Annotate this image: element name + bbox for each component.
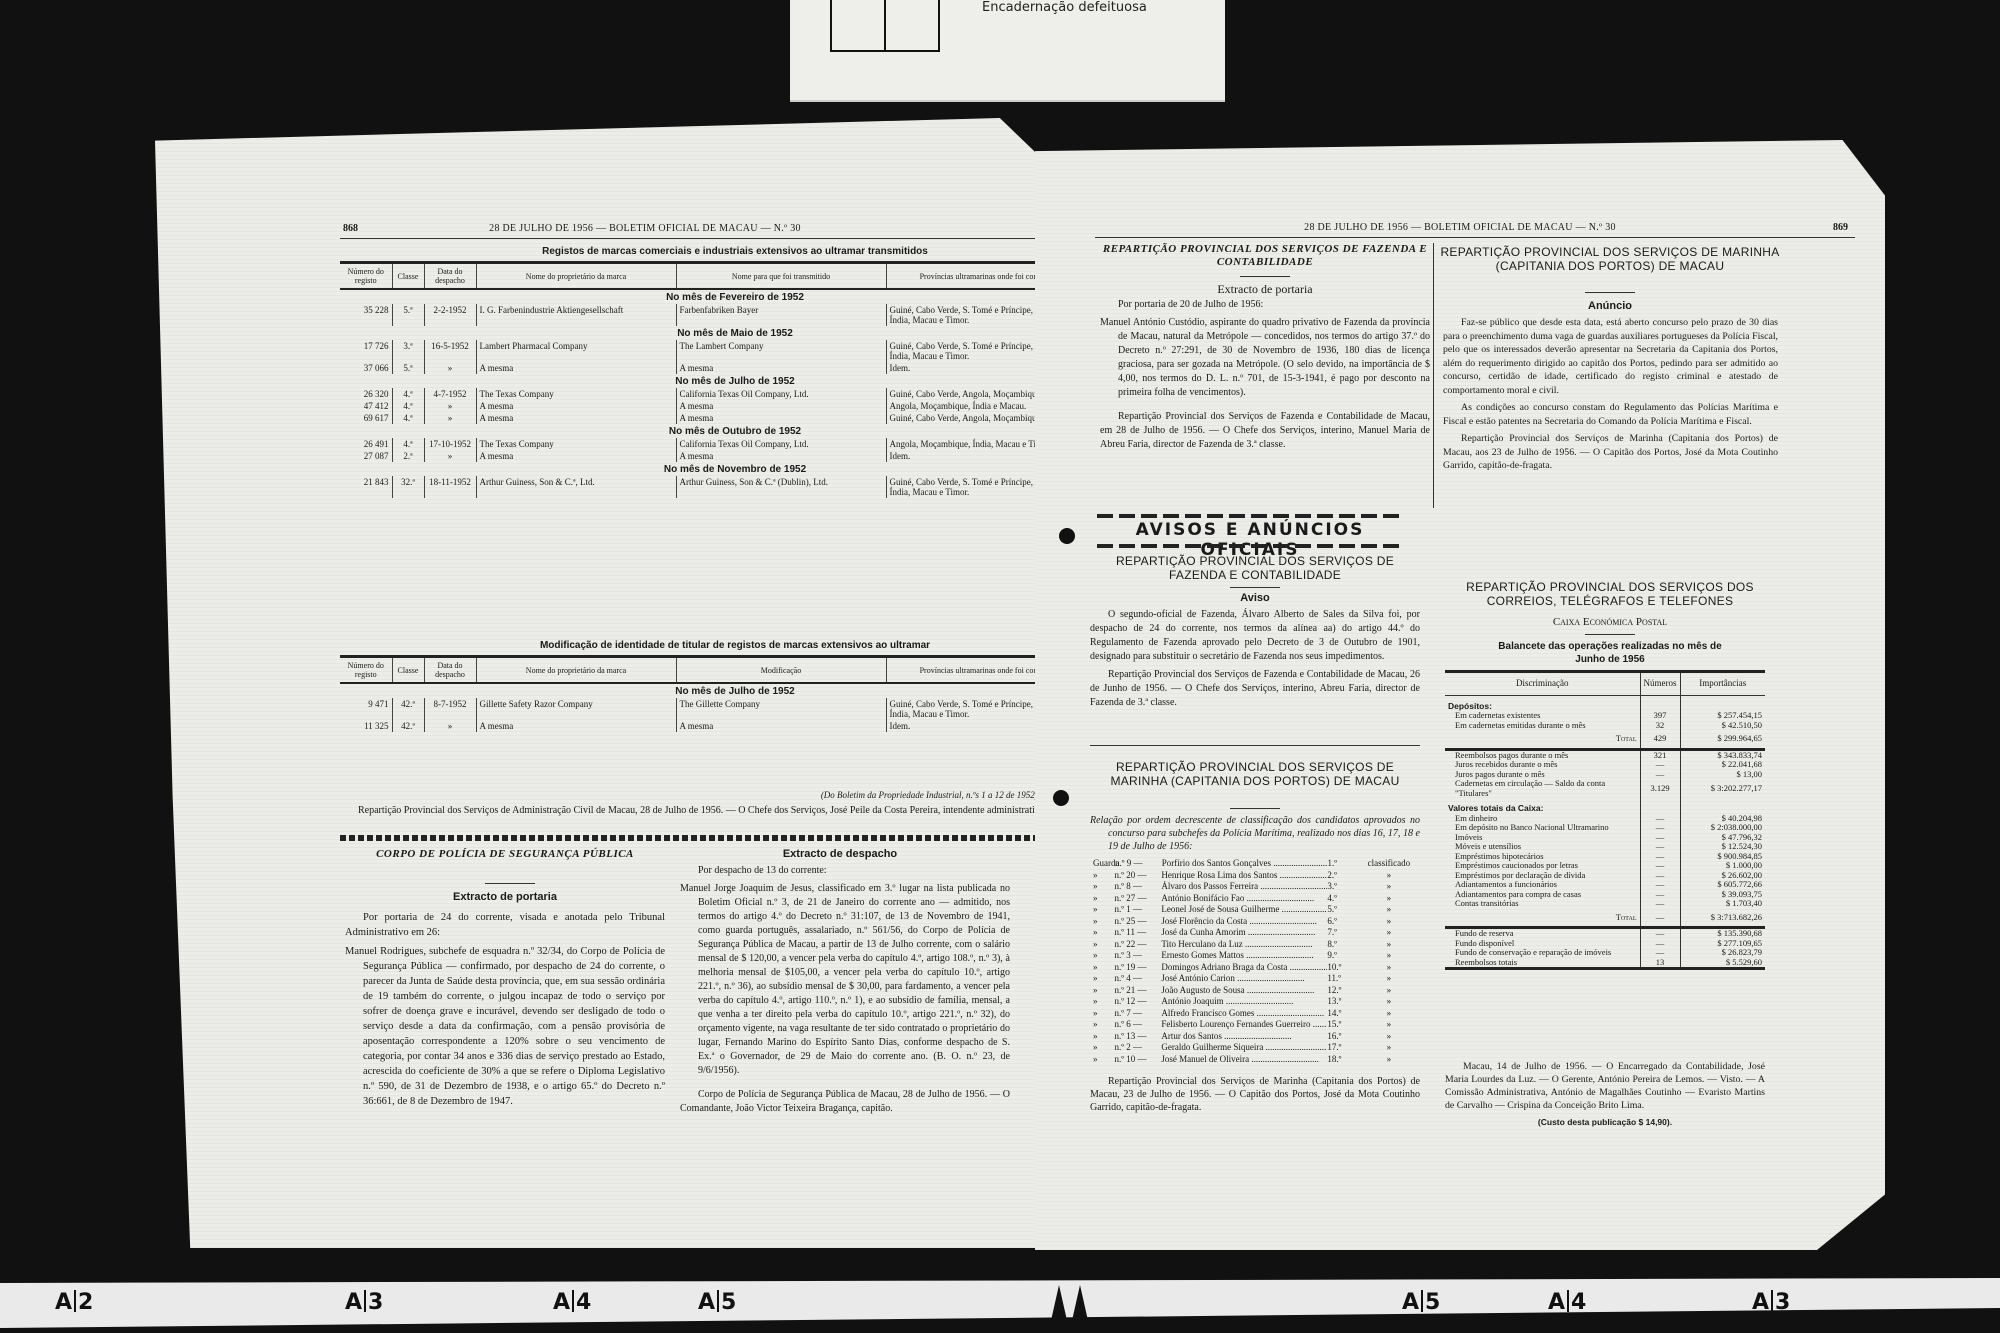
frame-bar [717, 1290, 719, 1312]
candidate-name: Geraldo Guilherme Siqueira .............… [1161, 1042, 1327, 1054]
status: » [1355, 881, 1423, 893]
candidate-name: José Manuel de Oliveira ................… [1161, 1054, 1327, 1066]
cell: Idem. [886, 450, 1035, 462]
candidate-name: José Florêncio da Costa ................… [1161, 916, 1327, 928]
list-item: »n.º 1 —Leonel José de Sousa Guilherme .… [1093, 904, 1423, 916]
guard-number: n.º 11 — [1114, 927, 1161, 939]
marinha-list-signoff-text: Repartição Provincial dos Serviços de Ma… [1090, 1075, 1420, 1114]
month-row: No mês de Fevereiro de 1952 [340, 289, 1035, 304]
guard-number: n.º 13 — [1114, 1031, 1161, 1043]
guard-number: n.º 12 — [1114, 996, 1161, 1008]
placement: 8.º [1327, 939, 1354, 951]
column-header: Número do registo [340, 658, 392, 683]
column-header: Data do despacho [424, 658, 476, 683]
column-header: Modificação [676, 658, 886, 683]
cell: » [424, 412, 476, 424]
anuncio-text: Faz-se público que desde esta data, está… [1443, 316, 1778, 477]
column-header: Nome do proprietário da marca [476, 264, 676, 289]
cell: 37 066 [340, 362, 392, 374]
cell: 5.ª [392, 304, 424, 326]
cell: 17 726 [340, 340, 392, 362]
guard-number: n.º 1 — [1114, 904, 1161, 916]
frame-letter: A [553, 1290, 570, 1315]
fazenda-body: Manuel António Custódio, aspirante do qu… [1100, 316, 1430, 400]
month-label: No mês de Julho de 1952 [340, 683, 1035, 698]
column-header: Classe [392, 658, 424, 683]
portaria-title: Extracto de portaria [345, 891, 665, 903]
frame-marker: A3 [345, 1290, 383, 1315]
row-amount: $ 3:202.277,17 [1680, 779, 1765, 798]
candidate-name: Ernesto Gomes Mattos ...................… [1161, 950, 1327, 962]
frame-letter: A [1548, 1290, 1565, 1315]
rank-mark: » [1093, 962, 1114, 974]
table-row: 47 4124.ª»A mesmaA mesmaAngola, Moçambiq… [340, 400, 1035, 412]
candidate-name: Leonel José de Sousa Guilherme .........… [1161, 904, 1327, 916]
damage-tag-card: Encadernação defeituosa [790, 0, 1225, 102]
caixa-subheading: Caixa Económica Postal [1440, 616, 1780, 628]
police-heading: CORPO DE POLÍCIA DE SEGURANÇA PÚBLICA [345, 848, 665, 861]
frame-letter: A [1402, 1290, 1419, 1315]
group-label: Depósitos: [1445, 695, 1640, 711]
column-header: Discriminação [1445, 672, 1640, 696]
row-number: 429 [1640, 730, 1680, 749]
table-row: 37 0665.ª»A mesmaA mesmaIdem. [340, 362, 1035, 374]
marinha-heading: REPARTIÇÃO PROVINCIAL DOS SERVIÇOS DE MA… [1090, 760, 1420, 788]
frame-marker: A5 [698, 1290, 736, 1315]
rank-mark: » [1093, 1019, 1114, 1031]
status: » [1355, 939, 1423, 951]
cell: 26 491 [340, 438, 392, 450]
table-row: 69 6174.ª»A mesmaA mesmaGuiné, Cabo Verd… [340, 412, 1035, 424]
page-number: 869 [1833, 222, 1848, 233]
rank-mark: » [1093, 870, 1114, 882]
marinha-list-signoff: Repartição Provincial dos Serviços de Ma… [1090, 1075, 1420, 1118]
fazenda-intro: Por portaria de 20 de Julho de 1956: [1100, 298, 1430, 312]
row-label: Cadernetas em circulação — Saldo da cont… [1445, 779, 1640, 798]
admin-section: (Do Boletim da Propriedade Industrial, n… [340, 788, 1035, 822]
list-item: »n.º 3 —Ernesto Gomes Mattos ...........… [1093, 950, 1423, 962]
rank-mark: » [1093, 985, 1114, 997]
cell: 42.ª [392, 698, 424, 720]
cell: A mesma [476, 720, 676, 732]
row-label: Total [1445, 909, 1640, 928]
placement: 11.º [1327, 973, 1354, 985]
status: » [1355, 1054, 1423, 1066]
guard-number: n.º 25 — [1114, 916, 1161, 928]
guard-number: n.º 6 — [1114, 1019, 1161, 1031]
frame-marker: A2 [55, 1290, 93, 1315]
table-row: Total—$ 3:713.682,26 [1445, 909, 1765, 928]
cell: The Lambert Company [676, 340, 886, 362]
placement: 10.º [1327, 962, 1354, 974]
candidate-name: Tito Herculano da Luz ..................… [1161, 939, 1327, 951]
balancete-title: Balancete das operações realizadas no mê… [1490, 640, 1730, 666]
running-head: 28 DE JULHO DE 1956 — BOLETIM OFICIAL DE… [455, 223, 835, 234]
table-row: 21 84332.ª18-11-1952Arthur Guiness, Son … [340, 476, 1035, 498]
month-row: No mês de Outubro de 1952 [340, 424, 1035, 438]
status: » [1355, 962, 1423, 974]
frame-number: 4 [1571, 1290, 1586, 1315]
frame-number: 5 [721, 1290, 736, 1315]
row-amount: $ 135.390,68 [1680, 928, 1765, 939]
placement: 3.º [1327, 881, 1354, 893]
candidate-name: Porfírio dos Santos Gonçalves ..........… [1162, 858, 1328, 870]
column-header: Províncias ultramarinas onde foi concedi… [886, 658, 1035, 683]
cell [1640, 798, 1680, 814]
status: classificado [1355, 858, 1423, 870]
month-label: No mês de Maio de 1952 [340, 326, 1035, 340]
candidate-name: António Bonifácio Fao ..................… [1161, 893, 1327, 905]
police-signoff: Corpo de Polícia de Segurança Pública de… [680, 1088, 1010, 1116]
left-page: 868 28 DE JULHO DE 1956 — BOLETIM OFICIA… [155, 118, 1035, 1248]
status: » [1355, 1031, 1423, 1043]
frame-number: 2 [78, 1290, 93, 1315]
rank-mark: » [1093, 1042, 1114, 1054]
cell [1680, 798, 1765, 814]
correios-heading: REPARTIÇÃO PROVINCIAL DOS SERVIÇOS DOS C… [1440, 580, 1780, 608]
cell: Guiné, Cabo Verde, S. Tomé e Príncipe, A… [886, 476, 1035, 498]
row-number: 13 [1640, 958, 1680, 969]
guard-number: n.º 22 — [1114, 939, 1161, 951]
table-row: 26 4914.ª17-10-1952The Texas CompanyCali… [340, 438, 1035, 450]
row-number: 3.129 [1640, 779, 1680, 798]
cell: 69 617 [340, 412, 392, 424]
placement: 6.º [1327, 916, 1354, 928]
cell: Guiné, Cabo Verde, Angola, Moçambique, Í… [886, 388, 1035, 400]
rank-mark: » [1093, 916, 1114, 928]
punch-hole [1059, 528, 1075, 544]
source-note: (Do Boletim da Propriedade Industrial, n… [340, 788, 1035, 803]
table-row: 35 2285.ª2-2-1952I. G. Farbenindustrie A… [340, 304, 1035, 326]
list-item: »n.º 6 —Felisberto Lourenço Fernandes Gu… [1093, 1019, 1423, 1031]
month-label: No mês de Novembro de 1952 [340, 462, 1035, 476]
short-rule [1230, 808, 1280, 809]
placement: 9.º [1327, 950, 1354, 962]
list-item: »n.º 8 —Álvaro dos Passos Ferreira .....… [1093, 881, 1423, 893]
guard-number: n.º 21 — [1114, 985, 1161, 997]
row-amount: $ 1.703,40 [1680, 899, 1765, 909]
cell: Angola, Moçambique, Índia e Macau. [886, 400, 1035, 412]
row-number: — [1640, 899, 1680, 909]
guard-number: n.º 9 — [1115, 858, 1162, 870]
column-header: Nome para que foi transmitido [676, 264, 886, 289]
list-item: »n.º 7 —Alfredo Francisco Gomes ........… [1093, 1008, 1423, 1020]
aviso-text: O segundo-oficial de Fazenda, Álvaro Alb… [1090, 608, 1420, 714]
header-rule [340, 238, 1035, 239]
cell: 35 228 [340, 304, 392, 326]
candidate-name: Artur dos Santos .......................… [1161, 1031, 1327, 1043]
balance-sheet-table: DiscriminaçãoNúmerosImportâncias Depósit… [1445, 670, 1765, 970]
fazenda-portaria: Por portaria de 20 de Julho de 1956: Man… [1100, 298, 1430, 456]
banner-rule [1097, 514, 1402, 518]
row-amount: $ 42.510,50 [1680, 721, 1765, 731]
table-row: 11 32542.ª»A mesmaA mesmaIdem. [340, 720, 1035, 732]
month-label: No mês de Fevereiro de 1952 [340, 289, 1035, 304]
cell: 18-11-1952 [424, 476, 476, 498]
rank-mark: » [1093, 996, 1114, 1008]
row-number: — [1640, 909, 1680, 928]
fazenda-heading: REPARTIÇÃO PROVINCIAL DOS SERVIÇOS DE FA… [1100, 243, 1430, 269]
banner-rule [1097, 544, 1402, 548]
guard-number: n.º 20 — [1114, 870, 1161, 882]
cell: The Texas Company [476, 438, 676, 450]
cell: Lambert Pharmacal Company [476, 340, 676, 362]
aviso-title: Aviso [1090, 592, 1420, 604]
status: » [1355, 996, 1423, 1008]
punch-hole [1053, 790, 1069, 806]
cell: 17-10-1952 [424, 438, 476, 450]
aviso-signoff: Repartição Provincial dos Serviços de Fa… [1090, 668, 1420, 710]
portaria-body: Manuel Rodrigues, subchefe de esquadra n… [345, 944, 665, 1109]
cell: 4.ª [392, 412, 424, 424]
placement: 16.º [1327, 1031, 1354, 1043]
cell [1680, 695, 1765, 711]
tag-label: Encadernação defeituosa [982, 0, 1147, 15]
cell: Guiné, Cabo Verde, S. Tomé e Príncipe, A… [886, 304, 1035, 326]
guard-number: n.º 8 — [1114, 881, 1161, 893]
row-amount: $ 3:713.682,26 [1680, 909, 1765, 928]
short-rule [485, 883, 535, 884]
short-rule [1240, 276, 1290, 277]
placement: 14.º [1327, 1008, 1354, 1020]
film-strip [0, 1278, 2000, 1328]
candidate-name: Felisberto Lourenço Fernandes Guerreiro … [1161, 1019, 1327, 1031]
frame-letter: A [698, 1290, 715, 1315]
frame-number: 3 [1775, 1290, 1790, 1315]
cell: » [424, 720, 476, 732]
status: » [1355, 985, 1423, 997]
cell: 9 471 [340, 698, 392, 720]
cell: A mesma [476, 400, 676, 412]
table-row: Fundo de reserva—$ 135.390,68 [1445, 928, 1765, 939]
cell: Idem. [886, 362, 1035, 374]
cell [1640, 695, 1680, 711]
candidate-name: José António Carion ....................… [1161, 973, 1327, 985]
correios-signoff-text: Macau, 14 de Julho de 1956. — O Encarreg… [1445, 1060, 1765, 1112]
despacho-intro: Por despacho de 13 do corrente: [680, 864, 1010, 878]
cell: » [424, 400, 476, 412]
month-row: No mês de Julho de 1952 [340, 374, 1035, 388]
frame-bar [1771, 1290, 1773, 1312]
cell: A mesma [676, 450, 886, 462]
cell: » [424, 362, 476, 374]
status: » [1355, 893, 1423, 905]
table-row: Contas transitórias—$ 1.703,40 [1445, 899, 1765, 909]
candidate-name: Álvaro dos Passos Ferreira .............… [1161, 881, 1327, 893]
list-item: »n.º 20 —Henrique Rosa Lima dos Santos .… [1093, 870, 1423, 882]
identity-modification-table: Número do registoClasseData do despachoN… [340, 658, 1035, 732]
portaria-text: Por portaria de 24 do corrente, visada e… [345, 910, 665, 1113]
portaria-intro: Por portaria de 24 do corrente, visada e… [345, 910, 665, 940]
anuncio-signoff: Repartição Provincial dos Serviços de Ma… [1443, 432, 1778, 473]
cell: A mesma [476, 450, 676, 462]
rank-mark: » [1093, 950, 1114, 962]
row-amount: $ 5.529,60 [1680, 958, 1765, 969]
guard-number: n.º 27 — [1114, 893, 1161, 905]
row-label: Em cadernetas emitidas durante o mês [1445, 721, 1640, 731]
frame-marker: A4 [1548, 1290, 1586, 1315]
cell: Guiné, Cabo Verde, S. Tomé e Príncipe, A… [886, 340, 1035, 362]
despacho-text: Por despacho de 13 do corrente: Manuel J… [680, 864, 1010, 1120]
placement: 17.º [1327, 1042, 1354, 1054]
short-rule [1585, 634, 1635, 635]
placement: 18.º [1327, 1054, 1354, 1066]
frame-bar [1421, 1290, 1423, 1312]
candidate-list: Guardan.º 9 —Porfírio dos Santos Gonçalv… [1093, 858, 1423, 1065]
column-header: Data do despacho [424, 264, 476, 289]
list-item: »n.º 4 —José António Carion ............… [1093, 973, 1423, 985]
cell: A mesma [676, 362, 886, 374]
frame-number: 5 [1425, 1290, 1440, 1315]
cell: A mesma [476, 412, 676, 424]
column-header: Número do registo [340, 264, 392, 289]
cell: Arthur Guiness, Son & C.ª (Dublin), Ltd. [676, 476, 886, 498]
placement: 1.º [1327, 858, 1354, 870]
cell: 4.ª [392, 388, 424, 400]
status: » [1355, 904, 1423, 916]
candidate-name: Domingos Adriano Braga da Costa ........… [1161, 962, 1327, 974]
table2-title: Modificação de identidade de titular de … [340, 640, 1035, 651]
frame-marker: A4 [553, 1290, 591, 1315]
cell: The Texas Company [476, 388, 676, 400]
rank-mark: » [1093, 1054, 1114, 1066]
cell: 11 325 [340, 720, 392, 732]
cell: 2-2-1952 [424, 304, 476, 326]
row-label: Total [1445, 730, 1640, 749]
guard-number: n.º 10 — [1114, 1054, 1161, 1066]
section-divider [340, 835, 1035, 841]
fazenda2-heading: REPARTIÇÃO PROVINCIAL DOS SERVIÇOS DE FA… [1090, 554, 1420, 582]
cell: 3.ª [392, 340, 424, 362]
status: » [1355, 927, 1423, 939]
header-rule [1095, 237, 1855, 238]
rank-mark: » [1093, 927, 1114, 939]
frame-number: 3 [368, 1290, 383, 1315]
table-row: Em cadernetas emitidas durante o mês32$ … [1445, 721, 1765, 731]
rank-mark: » [1093, 973, 1114, 985]
trademark-transfer-table: Número do registoClasseData do despachoN… [340, 264, 1035, 498]
despacho-title: Extracto de despacho [680, 848, 1000, 860]
list-item: »n.º 25 —José Florêncio da Costa .......… [1093, 916, 1423, 928]
guard-number: n.º 19 — [1114, 962, 1161, 974]
rank-mark: » [1093, 1008, 1114, 1020]
page-number: 868 [343, 223, 358, 234]
running-head: 28 DE JULHO DE 1956 — BOLETIM OFICIAL DE… [1265, 222, 1655, 233]
admin-signoff: Repartição Provincial dos Serviços de Ad… [340, 803, 1035, 818]
month-row: No mês de Maio de 1952 [340, 326, 1035, 340]
anuncio-p2: As condições ao concurso constam do Regu… [1443, 401, 1778, 428]
table-row: 26 3204.ª4-7-1952The Texas CompanyCalifo… [340, 388, 1035, 400]
damaged-binding-icon [830, 0, 940, 52]
cell: Guiné, Cabo Verde, Angola, Moçambique, Í… [886, 412, 1035, 424]
cell: A mesma [476, 362, 676, 374]
row-amount: $ 299.964,65 [1680, 730, 1765, 749]
list-item: »n.º 11 —José da Cunha Amorim ..........… [1093, 927, 1423, 939]
column-divider [1433, 243, 1434, 508]
cell: California Texas Oil Company, Ltd. [676, 388, 886, 400]
placement: 15.º [1327, 1019, 1354, 1031]
cost-note: (Custo desta publicação $ 14,90). [1445, 1116, 1765, 1129]
column-header: Províncias ultramarinas onde foi concedi… [886, 264, 1035, 289]
month-label: No mês de Outubro de 1952 [340, 424, 1035, 438]
short-rule [1230, 587, 1280, 588]
row-number: 32 [1640, 721, 1680, 731]
row-label: Reembolsos totais [1445, 958, 1640, 969]
row-number: — [1640, 770, 1680, 780]
marinha-anuncio-heading: REPARTIÇÃO PROVINCIAL DOS SERVIÇOS DE MA… [1440, 245, 1780, 273]
cell: Gillette Safety Razor Company [476, 698, 676, 720]
frame-bar [364, 1290, 366, 1312]
cell: 5.ª [392, 362, 424, 374]
rank-mark: » [1093, 1031, 1114, 1043]
table-row: Reembolsos totais13$ 5.529,60 [1445, 958, 1765, 969]
status: » [1355, 1042, 1423, 1054]
despacho-body: Manuel Jorge Joaquim de Jesus, classific… [680, 882, 1010, 1078]
marinha-intro-text: Relação por ordem decrescente de classif… [1090, 814, 1420, 853]
cell: 4.ª [392, 438, 424, 450]
list-item: »n.º 13 —Artur dos Santos ..............… [1093, 1031, 1423, 1043]
cell: Farbenfabriken Bayer [676, 304, 886, 326]
guard-number: n.º 2 — [1114, 1042, 1161, 1054]
rank-mark: Guarda [1093, 858, 1115, 870]
candidate-name: João Augusto de Sousa ..................… [1161, 985, 1327, 997]
cell: A mesma [676, 412, 886, 424]
frame-bar [74, 1290, 76, 1312]
cell: California Texas Oil Company, Ltd. [676, 438, 886, 450]
frame-marker: A3 [1752, 1290, 1790, 1315]
table-row: 17 7263.ª16-5-1952Lambert Pharmacal Comp… [340, 340, 1035, 362]
frame-bar [1567, 1290, 1569, 1312]
list-item: »n.º 21 —João Augusto de Sousa .........… [1093, 985, 1423, 997]
cell: A mesma [676, 400, 886, 412]
rank-mark: » [1093, 893, 1114, 905]
cell: A mesma [676, 720, 886, 732]
table-row: Total429$ 299.964,65 [1445, 730, 1765, 749]
cell: 26 320 [340, 388, 392, 400]
rank-mark: » [1093, 939, 1114, 951]
fazenda-signoff: Repartição Provincial dos Serviços de Fa… [1100, 410, 1430, 452]
frame-letter: A [345, 1290, 362, 1315]
cell: 8-7-1952 [424, 698, 476, 720]
cell: 27 087 [340, 450, 392, 462]
cell: 47 412 [340, 400, 392, 412]
frame-number: 4 [576, 1290, 591, 1315]
column-header: Classe [392, 264, 424, 289]
list-item: »n.º 19 —Domingos Adriano Braga da Costa… [1093, 962, 1423, 974]
frame-bar [572, 1290, 574, 1312]
month-row: No mês de Julho de 1952 [340, 683, 1035, 698]
list-item: »n.º 27 —António Bonifácio Fao .........… [1093, 893, 1423, 905]
table1-title: Registos de marcas comerciais e industri… [340, 246, 1035, 257]
film-notch [1050, 1285, 1068, 1325]
cell: I. G. Farbenindustrie Aktiengesellschaft [476, 304, 676, 326]
section-rule [1090, 745, 1420, 746]
cell: 4.ª [392, 400, 424, 412]
table-row: 9 47142.ª8-7-1952Gillette Safety Razor C… [340, 698, 1035, 720]
frame-marker: A5 [1402, 1290, 1440, 1315]
table-row: Cadernetas em circulação — Saldo da cont… [1445, 779, 1765, 798]
table-row: Valores totais da Caixa: [1445, 798, 1765, 814]
cell: » [424, 450, 476, 462]
cell: The Gillette Company [676, 698, 886, 720]
table-row: 27 0872.ª»A mesmaA mesmaIdem. [340, 450, 1035, 462]
right-page: 28 DE JULHO DE 1956 — BOLETIM OFICIAL DE… [1035, 140, 1885, 1250]
placement: 7.º [1327, 927, 1354, 939]
list-item: »n.º 10 —José Manuel de Oliveira .......… [1093, 1054, 1423, 1066]
status: » [1355, 1019, 1423, 1031]
column-header: Nome do proprietário da marca [476, 658, 676, 683]
marinha-intro: Relação por ordem decrescente de classif… [1090, 814, 1420, 857]
